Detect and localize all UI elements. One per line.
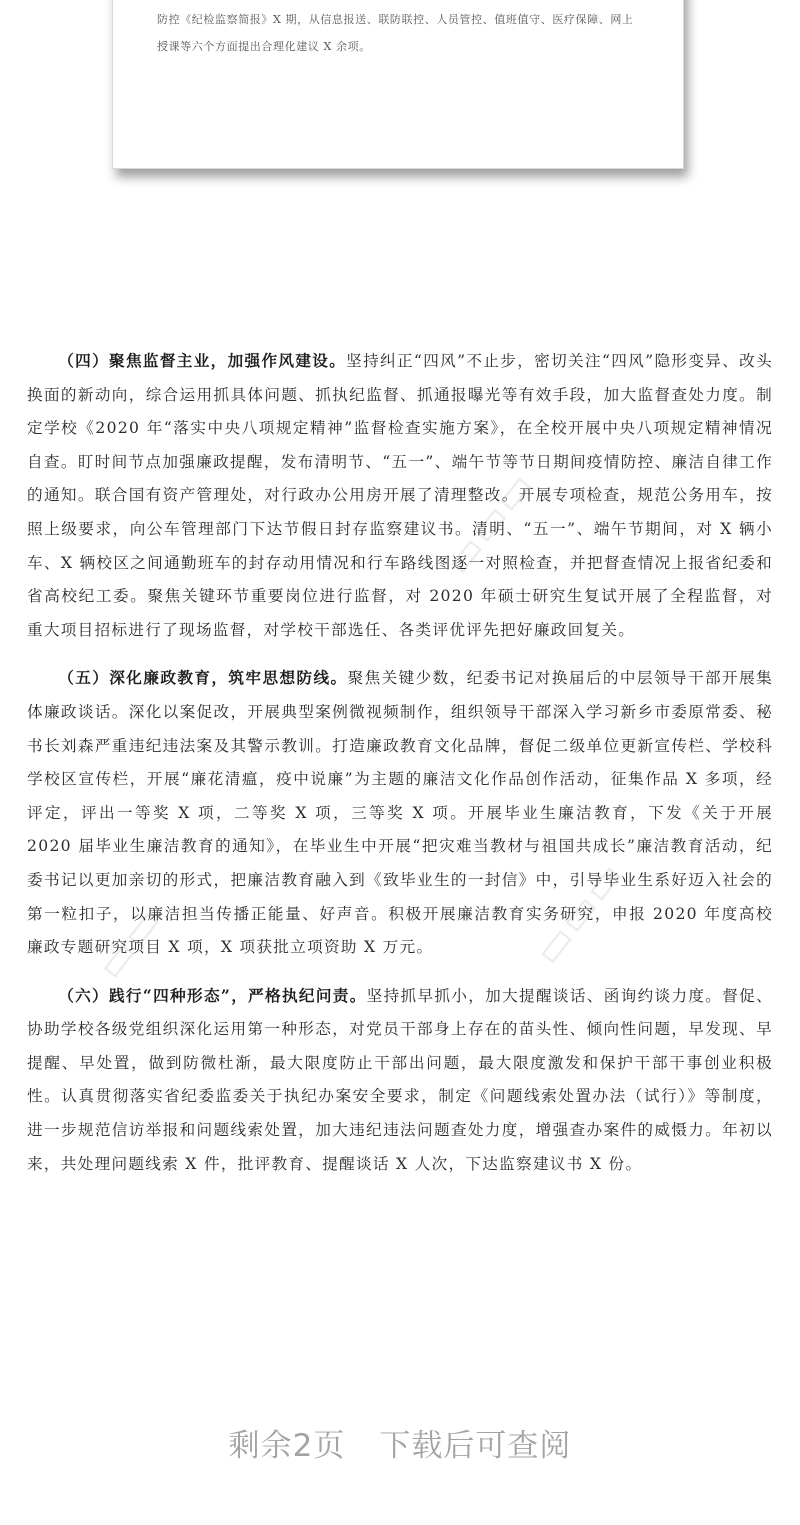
preview-page-card: 防控《纪检监察简报》X 期，从信息报送、联防联控、人员管控、值班值守、医疗保障、… — [112, 0, 684, 169]
section-four-paragraph: （四）聚焦监督主业，加强作风建设。坚持纠正“四风”不止步，密切关注“四风”隐形变… — [27, 344, 773, 647]
section-text: 聚焦关键少数，纪委书记对换届后的中层领导干部开展集体廉政谈话。深化以案促改，开展… — [27, 669, 773, 956]
preview-line: 防控《纪检监察简报》X 期，从信息报送、联防联控、人员管控、值班值守、医疗保障、… — [157, 6, 657, 33]
download-to-read-prompt[interactable]: 剩余2页下载后可查阅 — [0, 1420, 800, 1465]
section-six-paragraph: （六）践行“四种形态”，严格执纪问责。坚持抓早抓小，加大提醒谈话、函询约谈力度。… — [27, 979, 773, 1182]
pages-left-label: 剩余2页 — [229, 1428, 346, 1464]
section-text: 坚持纠正“四风”不止步，密切关注“四风”隐形变异、改头换面的新动向，综合运用抓具… — [27, 352, 773, 639]
document-body: （四）聚焦监督主业，加强作风建设。坚持纠正“四风”不止步，密切关注“四风”隐形变… — [27, 344, 773, 1195]
section-text: 坚持抓早抓小，加大提醒谈话、函询约谈力度。督促、协助学校各级党组织深化运用第一种… — [27, 987, 773, 1173]
section-heading: （五）深化廉政教育，筑牢思想防线。 — [58, 668, 347, 687]
preview-page-text: 防控《纪检监察简报》X 期，从信息报送、联防联控、人员管控、值班值守、医疗保障、… — [157, 6, 657, 60]
preview-line: 授课等六个方面提出合理化建议 X 余项。 — [157, 33, 657, 60]
section-heading: （六）践行“四种形态”，严格执纪问责。 — [58, 986, 366, 1005]
section-heading: （四）聚焦监督主业，加强作风建设。 — [58, 351, 346, 370]
download-action-label[interactable]: 下载后可查阅 — [379, 1428, 571, 1464]
section-five-paragraph: （五）深化廉政教育，筑牢思想防线。聚焦关键少数，纪委书记对换届后的中层领导干部开… — [27, 661, 773, 964]
